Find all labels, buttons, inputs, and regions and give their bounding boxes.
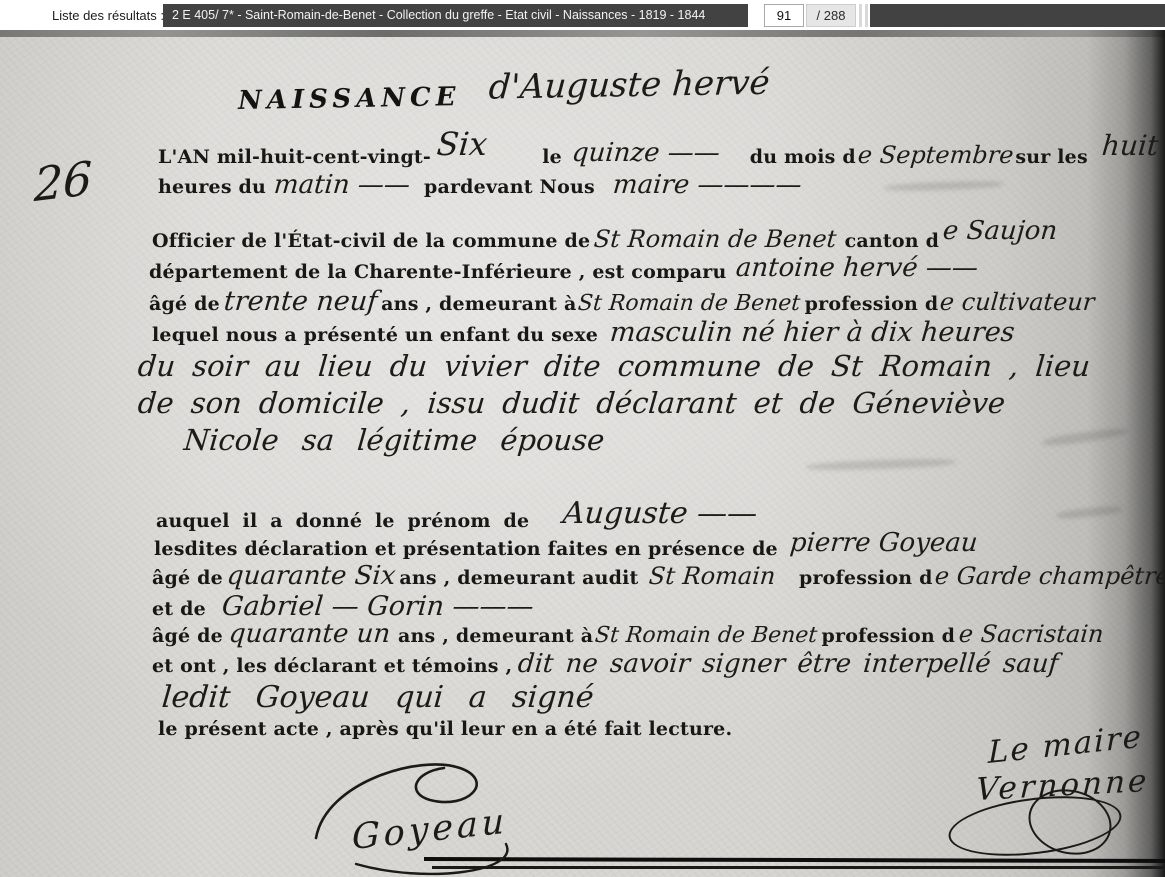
printed-text: auquel il a donné le prénom de bbox=[156, 510, 529, 532]
printed-text: profession d bbox=[805, 293, 939, 315]
handwritten-text: du soir au lieu du vivier dite commune d… bbox=[137, 349, 1092, 383]
handwritten-text: Auguste —— bbox=[562, 496, 759, 531]
act-title-printed: NAISSANCE bbox=[238, 82, 461, 116]
margin-entry-number: 26 bbox=[34, 151, 93, 213]
document-line: âgé dequarante unans , demeurant àSt Rom… bbox=[152, 619, 1104, 649]
document-line: et deGabriel — Gorin ——— bbox=[152, 591, 533, 622]
page-total-label: / 288 bbox=[817, 8, 846, 23]
printed-text: ans , demeurant à bbox=[398, 625, 593, 647]
printed-text: heures du bbox=[158, 176, 266, 198]
printed-text: lequel nous a présenté un enfant du sexe bbox=[152, 324, 598, 346]
document-line: auquel il a donné le prénom deAuguste —— bbox=[156, 500, 758, 535]
scanned-register-image[interactable]: NAISSANCEd'Auguste hervéL'AN mil-huit-ce… bbox=[0, 30, 1165, 877]
handwritten-text: maire ———— bbox=[612, 170, 803, 200]
printed-text: canton d bbox=[845, 230, 939, 252]
handwritten-text: e Sacristain bbox=[958, 620, 1105, 648]
handwritten-text: Gabriel — Gorin ——— bbox=[221, 591, 535, 622]
handwritten-text: de son domicile , issu dudit déclarant e… bbox=[137, 386, 1007, 420]
handwritten-text: dit ne savoir signer être interpellé sau… bbox=[517, 649, 1060, 679]
page-number-input[interactable] bbox=[764, 4, 804, 27]
handwritten-text: e Septembre bbox=[857, 141, 1015, 169]
document-line: le présent acte , après qu'il leur en a … bbox=[158, 718, 732, 740]
document-line: lequel nous a présenté un enfant du sexe… bbox=[152, 317, 1015, 348]
printed-text: et de bbox=[152, 598, 206, 620]
handwritten-text: St Romain de Benet bbox=[577, 291, 801, 316]
printed-text: ans , demeurant audit bbox=[399, 567, 638, 589]
handwritten-text: matin —— bbox=[273, 170, 412, 200]
current-result-bar[interactable]: 2 E 405/ 7* - Saint-Romain-de-Benet - Co… bbox=[163, 4, 748, 27]
toolbar-filler-bar bbox=[870, 4, 1165, 27]
handwritten-text: quarante Six bbox=[226, 561, 397, 591]
printed-text: le bbox=[542, 146, 562, 168]
printed-text: département de la Charente-Inférieure , … bbox=[149, 261, 726, 283]
handwritten-text: pierre Goyeau bbox=[789, 528, 979, 558]
handwritten-text: trente neuf bbox=[223, 286, 379, 317]
toolbar-separator bbox=[859, 4, 862, 27]
printed-text: profession d bbox=[822, 625, 956, 647]
handwritten-text: masculin né hier à dix heures bbox=[609, 317, 1016, 348]
document-line: âgé dequarante Sixans , demeurant auditS… bbox=[152, 561, 1165, 591]
results-toolbar: Liste des résultats : 2 E 405/ 7* - Sain… bbox=[0, 0, 1165, 30]
document-line: du soir au lieu du vivier dite commune d… bbox=[138, 349, 1090, 383]
document-line: de son domicile , issu dudit déclarant e… bbox=[138, 386, 1005, 420]
handwritten-text: ledit Goyeau qui a signé bbox=[160, 680, 595, 715]
handwritten-text: e Saujon bbox=[942, 216, 1059, 246]
current-result-title: 2 E 405/ 7* - Saint-Romain-de-Benet - Co… bbox=[172, 8, 705, 22]
printed-text: âgé de bbox=[149, 293, 220, 315]
document-line: lesdites déclaration et présentation fai… bbox=[154, 532, 977, 562]
printed-text: âgé de bbox=[152, 625, 223, 647]
printed-text: et ont , les déclarant et témoins , bbox=[152, 655, 512, 677]
document-line: département de la Charente-Inférieure , … bbox=[149, 255, 978, 285]
results-list-label: Liste des résultats : bbox=[52, 8, 164, 23]
handwritten-text: Nicole sa légitime épouse bbox=[183, 423, 606, 457]
handwritten-text: St Romain bbox=[647, 562, 776, 590]
handwritten-text: Six bbox=[435, 125, 489, 163]
printed-text: L'AN mil-huit-cent-vingt- bbox=[158, 146, 431, 168]
document-line: ledit Goyeau qui a signé bbox=[162, 680, 594, 715]
printed-text: âgé de bbox=[152, 567, 223, 589]
document-line: heures dumatin ——pardevant Nousmaire ———… bbox=[158, 170, 801, 200]
printed-text: ans , demeurant à bbox=[381, 293, 576, 315]
document-line: NAISSANCEd'Auguste hervé bbox=[238, 69, 770, 118]
printed-text: lesdites déclaration et présentation fai… bbox=[154, 538, 778, 560]
handwritten-text: e Garde champêtre bbox=[933, 562, 1165, 590]
printed-text: sur les bbox=[1015, 146, 1088, 168]
archive-viewer-window: Liste des résultats : 2 E 405/ 7* - Sain… bbox=[0, 0, 1165, 877]
document-line: et ont , les déclarant et témoins ,dit n… bbox=[152, 649, 1058, 679]
document-line: Officier de l'État-civil de la commune d… bbox=[152, 224, 1057, 254]
document-line: âgé detrente neufans , demeurant àSt Rom… bbox=[149, 286, 1095, 317]
handwritten-text: St Romain de Benet bbox=[594, 623, 818, 648]
page-total-badge: / 288 bbox=[806, 4, 856, 27]
printed-text: Officier de l'État-civil de la commune d… bbox=[152, 230, 590, 252]
handwritten-text: huit bbox=[1100, 129, 1159, 162]
document-line: Nicole sa légitime épouse bbox=[184, 423, 604, 457]
handwritten-text: quarante un bbox=[228, 619, 392, 649]
printed-text: le présent acte , après qu'il leur en a … bbox=[158, 718, 732, 740]
handwritten-text: St Romain de Benet bbox=[593, 225, 838, 253]
printed-text: profession d bbox=[799, 567, 933, 589]
handwritten-text: e cultivateur bbox=[939, 288, 1096, 316]
handwritten-text: d'Auguste hervé bbox=[487, 63, 771, 108]
printed-text: du mois d bbox=[750, 146, 856, 168]
toolbar-separator bbox=[865, 4, 868, 27]
handwritten-text: antoine hervé —— bbox=[735, 253, 980, 283]
printed-text: pardevant Nous bbox=[424, 176, 595, 198]
document-line: L'AN mil-huit-cent-vingt-Sixlequinze ——d… bbox=[158, 133, 1158, 171]
handwritten-text: quinze —— bbox=[571, 138, 721, 168]
